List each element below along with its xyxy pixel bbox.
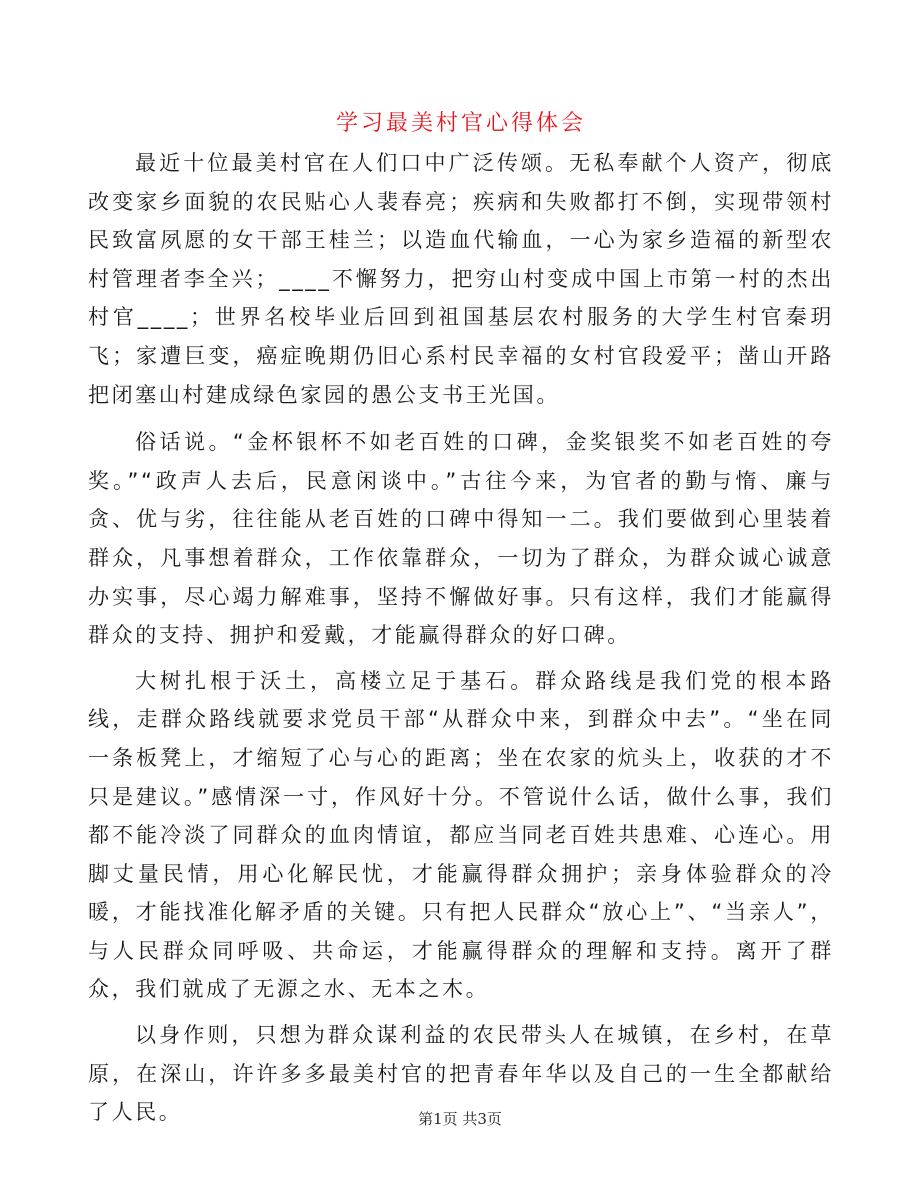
paragraph-1: 最近十位最美村官在人们口中广泛传颂。无私奉献个人资产，彻底改变家乡面貌的农民贴心… [88, 144, 834, 414]
document-page: 学习最美村官心得体会 最近十位最美村官在人们口中广泛传颂。无私奉献个人资产，彻底… [88, 104, 834, 1132]
paragraph-2: 俗话说。“金杯银杯不如老百姓的口碑，金奖银奖不如老百姓的夸奖。”“政声人去后，民… [88, 423, 834, 655]
page-number-footer: 第1页 共3页 [0, 1108, 920, 1129]
document-title: 学习最美村官心得体会 [88, 104, 834, 144]
paragraph-3: 大树扎根于沃土，高楼立足于基石。群众路线是我们党的根本路线，走群众路线就要求党员… [88, 662, 834, 1009]
